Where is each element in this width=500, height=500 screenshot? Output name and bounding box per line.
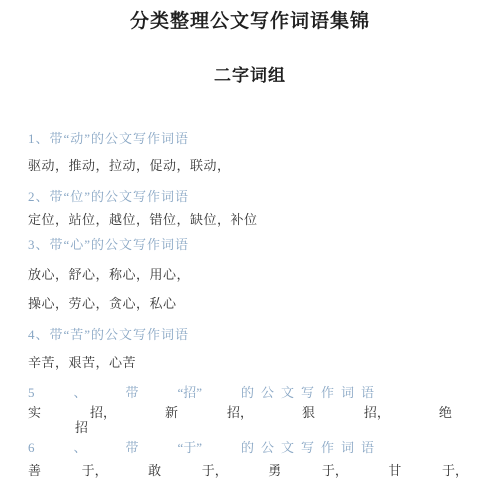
word: 敢 — [148, 460, 161, 479]
section-5-heading-keyword: “招” — [177, 382, 202, 401]
section-5-heading-comma: 、 — [73, 382, 86, 401]
section-1-line-1: 驱动，推动，拉动，促动，联动， — [28, 155, 231, 174]
section-6-heading-tail: 的公文写作词语 — [241, 437, 381, 456]
section-6-heading-comma: 、 — [73, 437, 86, 456]
word: 招， — [364, 402, 390, 421]
section-6-heading: 6 、 带 “于” 的公文写作词语 — [28, 437, 381, 456]
section-2-line-1: 定位，站位，越位，错位，缺位，补位 — [28, 209, 258, 228]
section-3-heading: 3、带“心”的公文写作词语 — [28, 234, 189, 253]
document-subtitle: 二字词组 — [0, 61, 500, 86]
section-5-line-1: 实 招， 新 招， 狠 招， 绝 — [28, 402, 452, 421]
section-5-heading: 5 、 带 “招” 的公文写作词语 — [28, 382, 381, 401]
word: 于， — [202, 460, 228, 479]
section-2-heading: 2、带“位”的公文写作词语 — [28, 186, 189, 205]
section-6-heading-dai: 带 — [125, 437, 138, 456]
document-title: 分类整理公文写作词语集锦 — [0, 6, 500, 33]
word: 勇 — [268, 460, 281, 479]
word: 狠 — [302, 402, 315, 421]
section-4-line-1: 辛苦，艰苦，心苦 — [28, 352, 136, 371]
section-3-line-2: 操心，劳心，贪心，私心 — [28, 293, 177, 312]
section-5-line-2: 招 — [75, 417, 88, 436]
section-5-heading-tail: 的公文写作词语 — [241, 382, 381, 401]
word: 善 — [28, 460, 41, 479]
word: 于， — [442, 460, 468, 479]
section-5-heading-dai: 带 — [125, 382, 138, 401]
section-6-heading-keyword: “于” — [177, 437, 202, 456]
word: 于， — [82, 460, 108, 479]
word: 招， — [227, 402, 253, 421]
word: 绝 — [439, 402, 452, 421]
word: 实 — [28, 402, 41, 421]
word: 于， — [322, 460, 348, 479]
section-1-heading: 1、带“动”的公文写作词语 — [28, 128, 189, 147]
document-page: 分类整理公文写作词语集锦 二字词组 1、带“动”的公文写作词语 驱动，推动，拉动… — [0, 0, 500, 500]
section-6-line-1: 善 于， 敢 于， 勇 于， 甘 于， — [28, 460, 468, 479]
word: 新 — [165, 402, 178, 421]
word: 招， — [90, 402, 116, 421]
section-4-heading: 4、带“苦”的公文写作词语 — [28, 324, 189, 343]
section-3-line-1: 放心，舒心，称心，用心， — [28, 264, 190, 283]
section-6-heading-number: 6 — [28, 440, 35, 456]
word: 甘 — [388, 460, 401, 479]
section-5-heading-number: 5 — [28, 385, 35, 401]
